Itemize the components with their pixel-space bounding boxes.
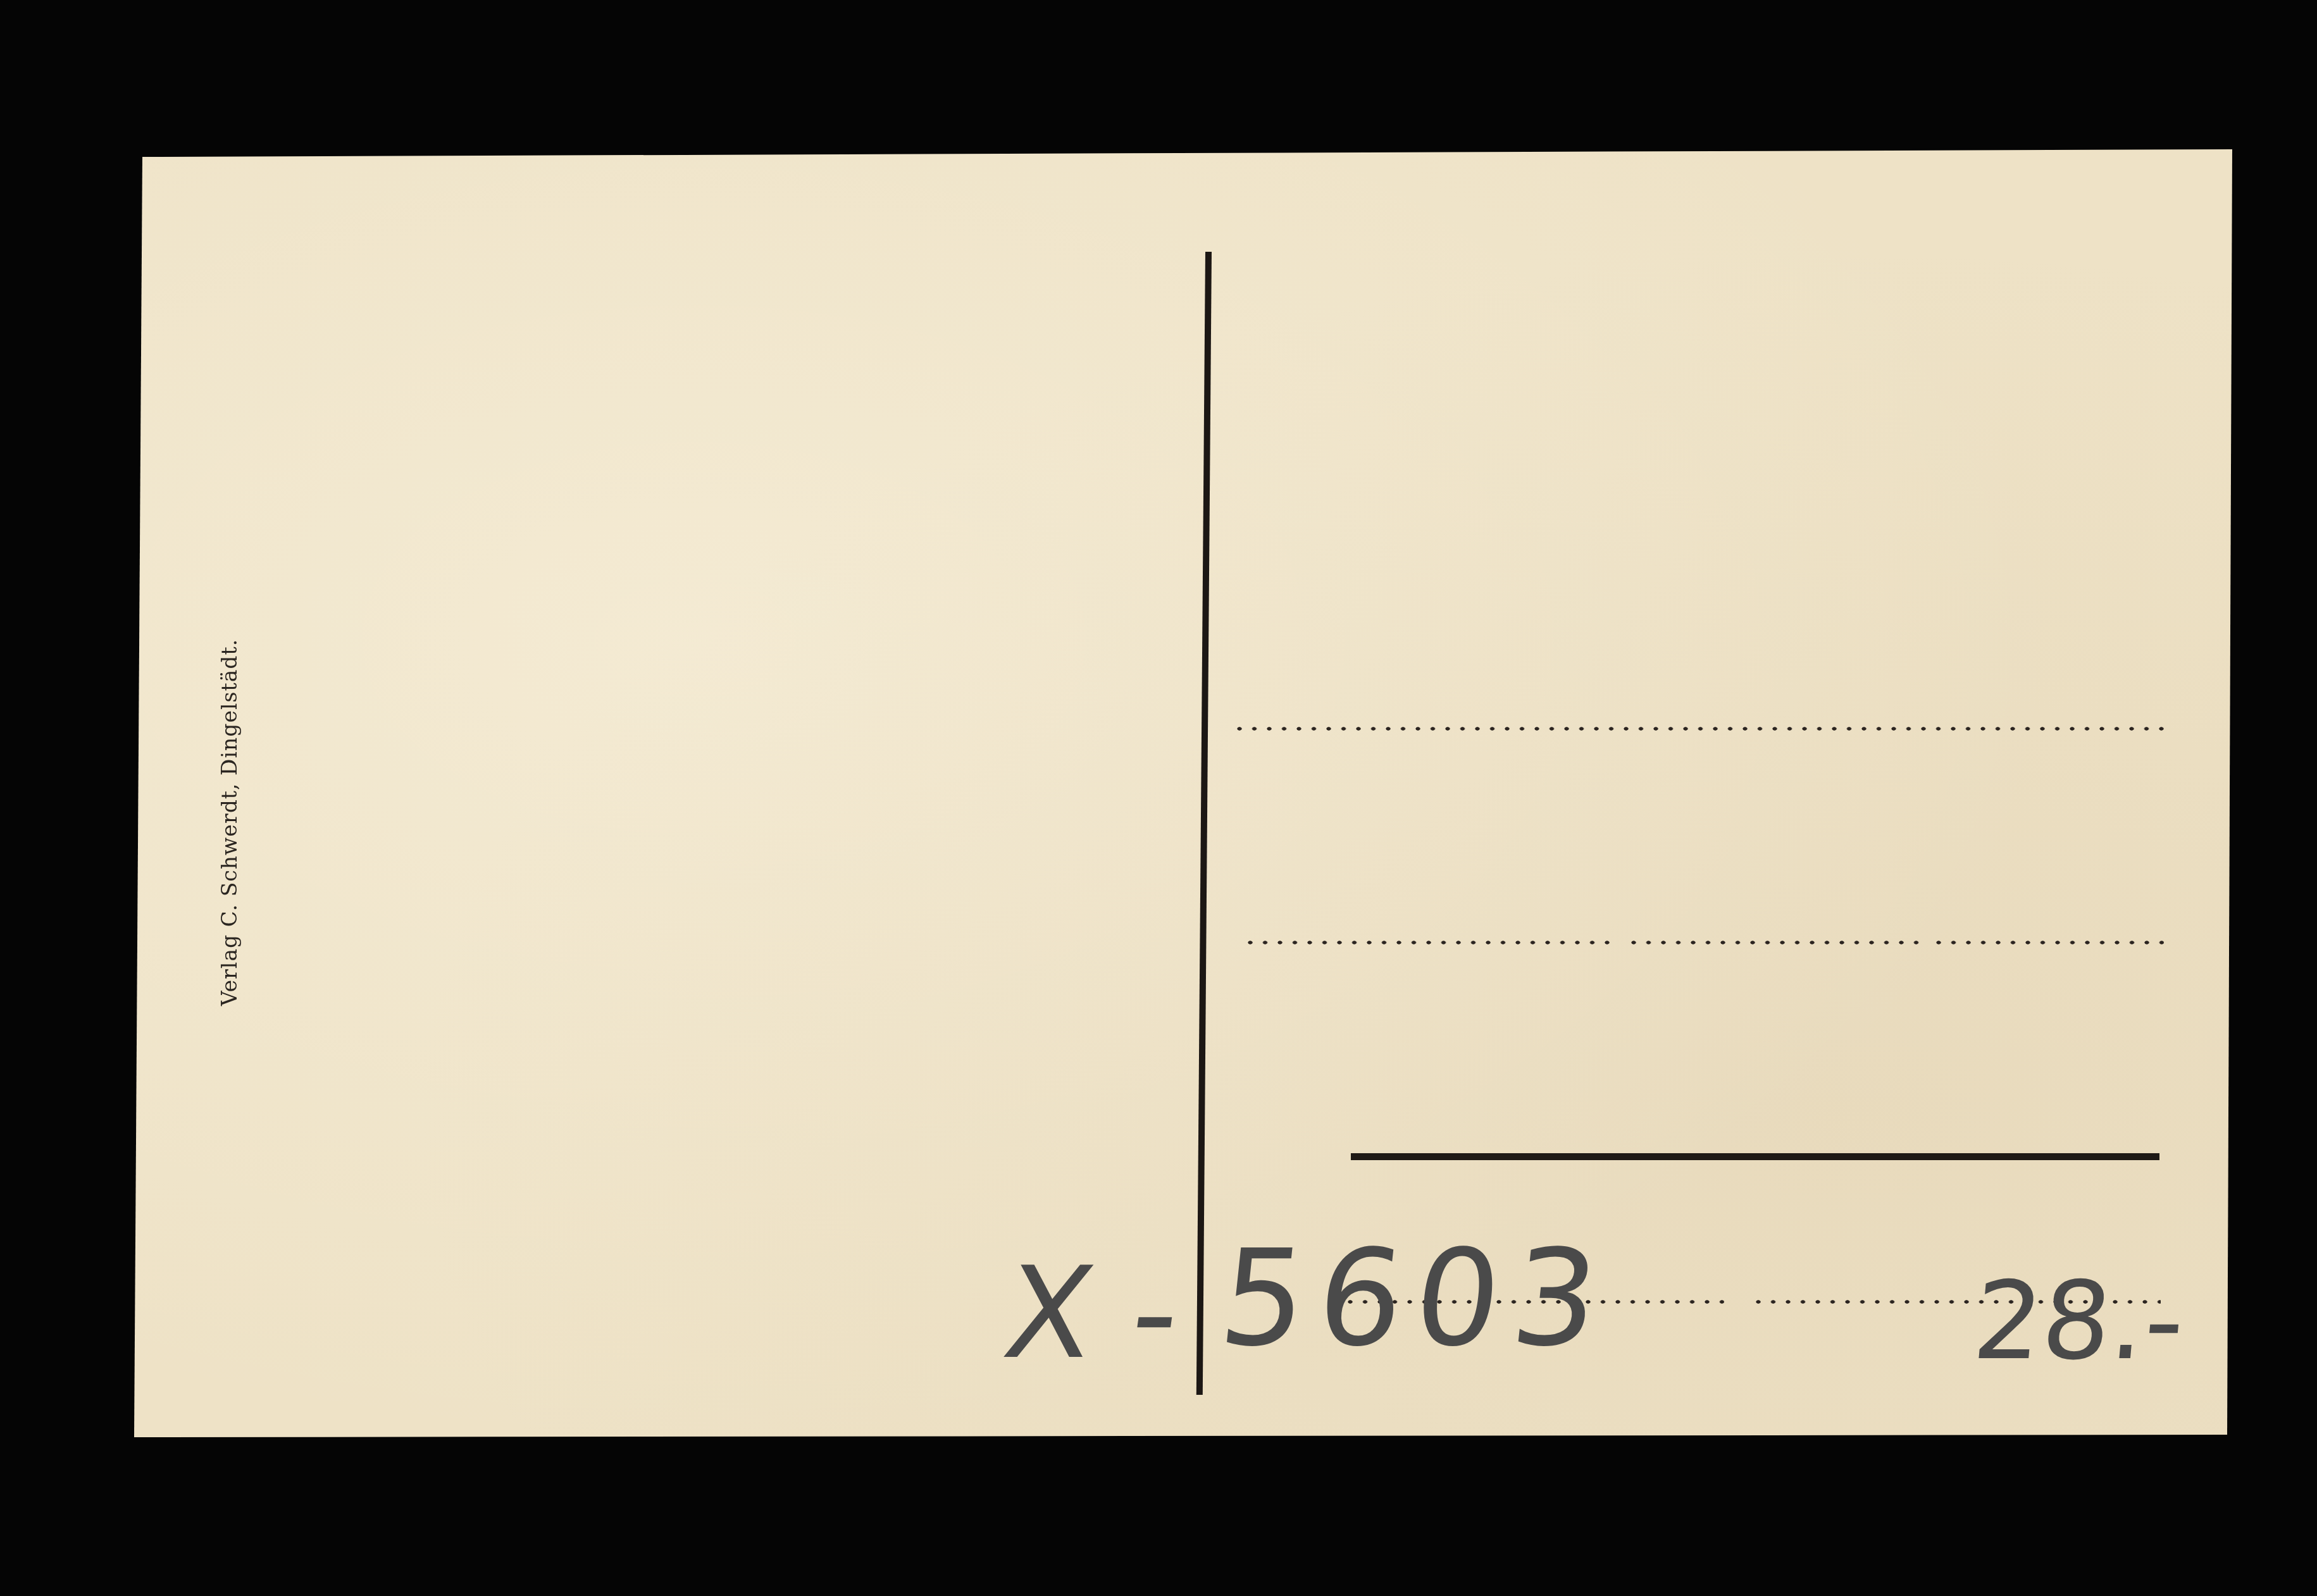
handwritten-price: 28.- — [1968, 1259, 2189, 1384]
handwritten-inventory-number: 5603 — [1213, 1221, 1618, 1376]
address-line-2b — [1631, 941, 1923, 944]
address-line-2a — [1248, 941, 1617, 944]
postcard-scan: Verlag C. Schwerdt, Dingelstädt. X - 560… — [0, 0, 2317, 1596]
publisher-imprint: Verlag C. Schwerdt, Dingelstädt. — [217, 639, 242, 1006]
handwritten-mark: X - — [996, 1240, 1190, 1387]
address-line-2c — [1936, 941, 2164, 944]
address-line-3-solid — [1351, 1153, 2159, 1160]
address-line-1 — [1237, 727, 2164, 731]
